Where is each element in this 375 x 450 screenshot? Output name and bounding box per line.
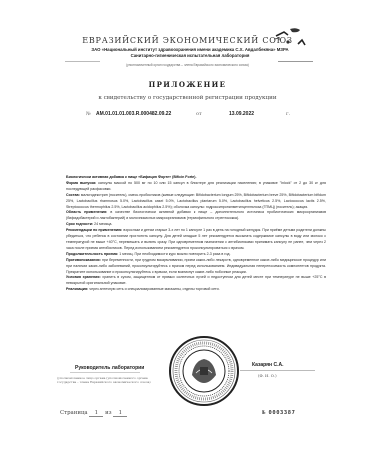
section-distribution: Реализация: через аптечную сеть и специа… (66, 287, 326, 293)
registration-number: AM.01.01.01.003.R.000482.09.22 (96, 111, 171, 117)
union-name: ЕВРАЗИЙСКИЙ ЭКОНОМИЧЕСКИЙ СОЮЗ (0, 36, 375, 45)
signatory-title: Руководитель лаборатории (75, 365, 144, 371)
registration-date: 13.09.2022 (229, 111, 254, 117)
fio-caption: (Ф. И. О.) (258, 373, 277, 378)
page-total: 1 (113, 410, 127, 417)
document-title: ПРИЛОЖЕНИЕ (0, 80, 375, 89)
institute-block: ЗАО «Национальный институт здравоохранен… (80, 47, 300, 59)
page-indicator: Страница 1 из 1 (60, 410, 127, 417)
serial-label: № (262, 410, 265, 416)
section-application: Область применения: в качестве биологиче… (66, 210, 326, 222)
header-rule-left (65, 61, 100, 62)
institute-logo-icon (272, 26, 312, 56)
official-seal-icon (168, 335, 240, 407)
date-label: от (196, 111, 202, 117)
signature-line (70, 372, 140, 373)
section-contraindications: Противопоказания: при беременности, при … (66, 258, 326, 276)
laboratory-name: Санитарно-гигиеническая испытательная ла… (80, 53, 300, 59)
serial-number: 0003387 (269, 410, 296, 416)
section-usage: Рекомендации по применению: взрослым и д… (66, 228, 326, 252)
signatory-note: (уполномоченное лицо органа (уполномочен… (57, 376, 157, 384)
section-composition: Состав: мальтодекстрин (носитель), смесь… (66, 193, 326, 211)
section-form: Форма выпуска: капсулы массой по 500 мг … (66, 181, 326, 193)
document-subtitle: к свидетельству о государственной регист… (0, 95, 375, 101)
year-suffix: г. (286, 111, 290, 117)
page-label: Страница (60, 410, 88, 416)
signatory-name: Казарян С.А. (252, 362, 283, 368)
section-storage: Условия хранения: хранить в сухом, защищ… (66, 275, 326, 287)
number-label: № (86, 111, 91, 117)
document-body: Биологически активная добавка к пище «Би… (66, 175, 326, 293)
header-rule-right (278, 61, 313, 62)
document-page: ЕВРАЗИЙСКИЙ ЭКОНОМИЧЕСКИЙ СОЮЗ ЗАО «Наци… (0, 0, 375, 450)
name-line (240, 370, 315, 371)
page-current: 1 (89, 410, 103, 417)
page-of: из (105, 410, 112, 416)
serial-number-block: № 0003387 (262, 410, 295, 416)
header-caption: (уполномоченный орган государства – член… (0, 63, 375, 67)
